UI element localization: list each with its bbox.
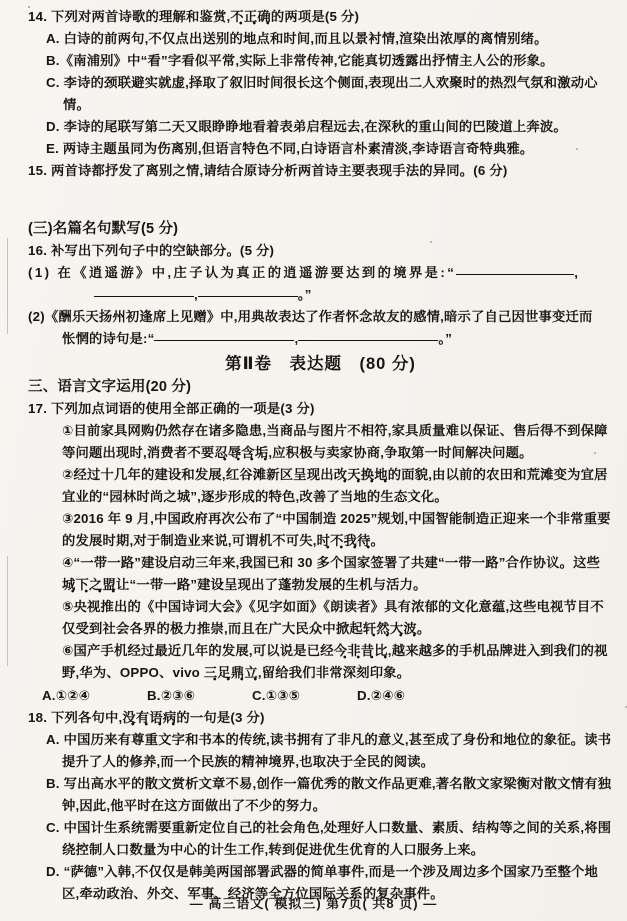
question-16-item-1-comma: , (574, 265, 578, 280)
question-18-title: 18. 下列各句中,没有语病的一句是(3 分) (28, 707, 613, 729)
answer-blank (94, 295, 194, 297)
question-17-item-1: ①目前家具网购仍然存在诸多隐患,当商品与图片不相符,家具质量难以保证、售后得不到… (62, 420, 613, 464)
item-6-emphasis-1: 今非昔比 (334, 643, 388, 659)
question-14-option-e: E. 两诗主题虽同为伤离别,但语言特色不同,白诗语言朴素清淡,李诗语言奇特典雅。 (46, 138, 613, 160)
exam-page: 14. 下列对两首诗歌的理解和鉴赏,不正确的两项是(5 分) A. 白诗的前两句… (0, 0, 627, 921)
item-4-text-post: 让“一带一路”建设呈现出了蓬勃发展的生机与活力。 (116, 577, 427, 592)
question-16-item-1-text: (1) 在《逍遥游》中,庄子认为真正的逍遥游要达到的境界是:“ (28, 265, 456, 280)
section-language-heading: 三、语言文字运用(20 分) (28, 376, 613, 398)
question-17-item-4: ④“一带一路”建设启动三年来,我国已和 30 多个国家签署了共建“一带一路”合作… (62, 552, 613, 596)
question-17-item-3: ③2016 年 9 月,中国政府再次公布了“中国制造 2025”规划,中国智能制… (62, 508, 613, 552)
question-14-option-b: B.《南浦别》中“看”字看似平常,实际上非常传神,它能真切透露出抒情主人公的形象… (46, 50, 613, 72)
item-6-emphasis-2: 三足鼎立 (204, 665, 258, 681)
question-17-item-6: ⑥国产手机经过最近几年的发展,可以说是已经今非昔比,越来越多的手机品牌进入到我们… (62, 640, 613, 684)
choice-d: D.②④⑥ (357, 685, 462, 707)
question-17-choices: A.①②④B.②③⑥C.①③⑤D.②④⑥ (42, 685, 613, 707)
question-18-text-pre: 18. 下列各句中, (28, 710, 122, 725)
question-16-item-1-line-1: (1) 在《逍遥游》中,庄子认为真正的逍遥游要达到的境界是:“, (28, 262, 613, 284)
item-1-emphasis: 忍辱含垢 (214, 445, 268, 461)
part-2-heading: 第Ⅱ卷 表达题 (80 分) (28, 352, 613, 376)
item-3-emphasis: 时不我待 (317, 533, 371, 549)
item-6-text-post: ,留给我们非常深刻印象。 (258, 665, 410, 680)
question-14-emphasis: 不正确 (230, 9, 271, 25)
choice-a: A.①②④ (42, 685, 147, 707)
question-17-item-2: ②经过十几年的建设和发展,红谷滩新区呈现出改天换地的面貌,由以前的农田和荒滩变为… (62, 464, 613, 508)
answer-blank (456, 273, 574, 275)
question-14-text-post: 的两项是(5 分) (271, 9, 359, 24)
item-2-emphasis: 改天换地 (334, 467, 388, 483)
question-15: 15. 两首诗都抒发了离别之情,请结合原诗分析两首诗主要表现手法的异同。(6 分… (28, 160, 613, 182)
question-18-text-post: 的一句是(3 分) (176, 710, 264, 725)
question-18-option-a: A. 中国历来有尊重文字和书本的传统,读书拥有了非凡的意义,甚至成了身份和地位的… (46, 729, 613, 773)
scan-artifact-line (7, 556, 8, 666)
question-18-emphasis: 没有语病 (122, 710, 176, 726)
question-14-option-d: D. 李诗的尾联写第二天又眼睁睁地看着表弟启程远去,在深秋的重山间的巴陵道上奔波… (46, 116, 613, 138)
choice-b: B.②③⑥ (147, 685, 252, 707)
item-2-text: ②经过十几年的建设和发展,红谷滩新区呈现出 (62, 467, 334, 482)
question-17-item-5: ⑤央视推出的《中国诗词大会》《见字如面》《朗读者》具有浓郁的文化意蕴,这些电视节… (62, 596, 613, 640)
question-16-title: 16. 补写出下列句子中的空缺部分。(5 分) (28, 240, 613, 262)
scan-noise (28, 6, 30, 8)
answer-blank (298, 339, 438, 341)
question-14-text-pre: 14. 下列对两首诗歌的理解和鉴赏, (28, 9, 230, 24)
answer-blank (154, 339, 294, 341)
question-14-option-c: C. 李诗的颈联避实就虚,择取了叙旧时间很长这个侧面,表现出二人欢聚时的热烈气氛… (46, 72, 613, 116)
question-18-option-b: B. 写出高水平的散文赏析文章不易,创作一篇优秀的散文作品更难,著名散文家梁衡对… (46, 773, 613, 817)
choice-c: C.①③⑤ (252, 685, 357, 707)
question-16-item-2-line-1: (2)《酬乐天扬州初逢席上见赠》中,用典故表达了作者怀念故友的感情,暗示了自己因… (28, 306, 613, 328)
question-14-option-a: A. 白诗的前两句,不仅点出送别的地点和时间,而且以景衬情,渲染出浓厚的离情别绪… (46, 28, 613, 50)
question-16-item-2-lead: 怅惘的诗句是:“ (62, 331, 154, 346)
question-17-title: 17. 下列加点词语的使用全部正确的一项是(3 分) (28, 398, 613, 420)
question-16-item-1-end: 。” (298, 287, 312, 302)
question-16-item-2-end: 。” (438, 331, 452, 346)
section-3-heading: (三)名篇名句默写(5 分) (28, 218, 613, 240)
item-4-emphasis: 城下之盟 (62, 577, 116, 593)
item-5-emphasis: 轩然大波 (363, 621, 417, 637)
item-4-text: ④“一带一路”建设启动三年来,我国已和 30 多个国家签署了共建“一带一路”合作… (62, 555, 600, 570)
item-6-text: ⑥国产手机经过最近几年的发展,可以说是已经 (62, 643, 334, 658)
scan-artifact-line (7, 238, 8, 334)
item-1-text-post: ,应积极与卖家协商,争取第一时间解决问题。 (268, 445, 532, 460)
question-14-title: 14. 下列对两首诗歌的理解和鉴赏,不正确的两项是(5 分) (28, 6, 613, 28)
question-16-item-2-line-2: 怅惘的诗句是:“,。” (62, 328, 613, 350)
item-3-text-post: 。 (371, 533, 385, 548)
answer-blank (198, 295, 298, 297)
question-18-option-c: C. 中国计生系统需要重新定位自己的社会角色,处理好人口数量、素质、结构等之间的… (46, 817, 613, 861)
item-5-text: ⑤央视推出的《中国诗词大会》《见字如面》《朗读者》具有浓郁的文化意蕴,这些电视节… (62, 599, 604, 636)
item-5-text-post: 。 (417, 621, 431, 636)
page-footer: — 高三语文( 模拟三) 第7页( 共8 页) — (0, 893, 627, 915)
question-16-item-1-line-2: ,。” (94, 284, 613, 306)
